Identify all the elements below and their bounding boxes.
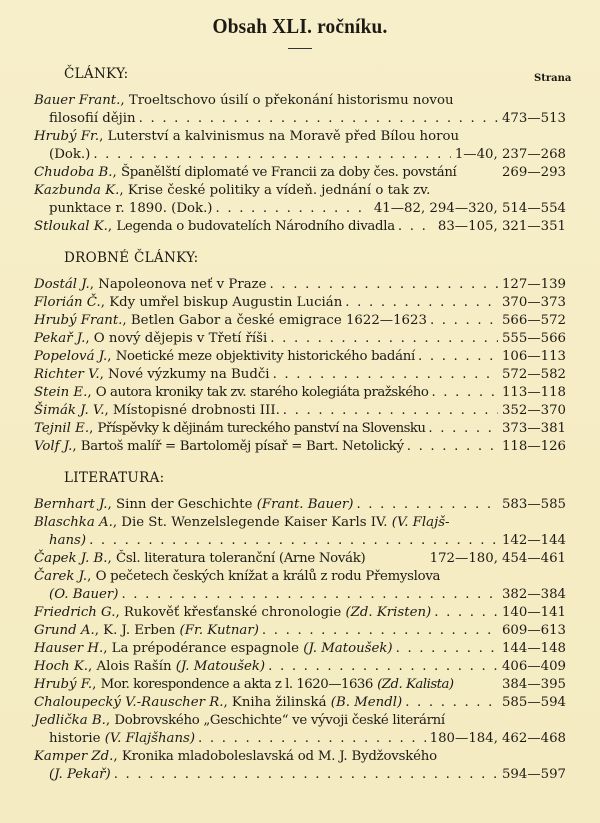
toc-entry: Blaschka A., Die St. Wenzelslegende Kais… (34, 514, 566, 550)
leader-dots (111, 766, 498, 784)
title-divider (288, 48, 312, 49)
entry-author: Hrubý F. (34, 676, 92, 694)
entry-title: O pečetech českých knížat a králů z rodu… (96, 568, 441, 586)
entry-pages: 585—594 (498, 694, 566, 712)
entry-reviewer: (V. Flajšhans) (105, 730, 195, 748)
entry-title: O nový dějepis v Třetí říši (94, 330, 267, 348)
entry-pages: 113—118 (498, 384, 566, 402)
entry-title: K. J. Erben (103, 622, 175, 640)
leader-dots (353, 496, 498, 514)
entry-author: Tejnil E. (34, 420, 89, 438)
entry-title: Betlen Gabor a české emigrace 1622—1623 (131, 312, 427, 330)
entry-reviewer: (Fr. Kutnar) (180, 622, 259, 640)
entry-reviewer: (J. Pekař) (49, 766, 111, 784)
toc-entry: Dostál J., Napoleonova neť v Praze127—13… (34, 276, 566, 294)
entry-title: Krise české politiky a vídeň. jednání o … (128, 182, 430, 200)
entry-author: Stloukal K. (34, 218, 108, 236)
entry-reviewer: (Frant. Bauer) (257, 496, 354, 514)
entry-pages: 555—566 (498, 330, 566, 348)
entry-title: O autora kroniky tak zv. starého kolegiá… (96, 384, 429, 402)
entry-author: Florián Č. (34, 294, 101, 312)
toc-entry: Hauser H., La prépodérance espagnole (J.… (34, 640, 566, 658)
leader-dots (404, 438, 498, 456)
entry-pages: 382—384 (498, 586, 566, 604)
entry-pages: 83—105, 321—351 (434, 218, 566, 236)
entry-author: Hauser H. (34, 640, 103, 658)
toc-entry: Stloukal K., Legenda o budovatelích Náro… (34, 218, 566, 236)
entry-pages: 594—597 (498, 766, 566, 784)
toc-entry: Bauer Frant., Troeltschovo úsilí o překo… (34, 92, 566, 128)
leader-dots (415, 348, 498, 366)
entry-title: Luterství a kalvinismus na Moravě před B… (108, 128, 459, 146)
entry-title: Sinn der Geschichte (116, 496, 252, 514)
leader-dots (212, 200, 369, 218)
leader-dots (427, 312, 498, 330)
toc-entry: Grund A., K. J. Erben (Fr. Kutnar)609—61… (34, 622, 566, 640)
leader-dots (267, 330, 498, 348)
toc-entry: Hrubý Frant., Betlen Gabor a české emigr… (34, 312, 566, 330)
entry-author: Richter V. (34, 366, 100, 384)
toc-entry: Richter V., Nové výzkumy na Budči572—582 (34, 366, 566, 384)
entry-title: Rukověť křesťanské chronologie (124, 604, 341, 622)
toc-entry: Bernhart J., Sinn der Geschichte (Frant.… (34, 496, 566, 514)
entry-title: Alois Rašín (96, 658, 171, 676)
entry-pages: 609—613 (498, 622, 566, 640)
entry-author: Blaschka A. (34, 514, 113, 532)
entry-reviewer: (Zd. Kristen) (345, 604, 431, 622)
toc-entry: Chaloupecký V.-Rauscher R., Kniha žilins… (34, 694, 566, 712)
entry-author: Šimák J. V. (34, 402, 104, 420)
leader-dots (118, 586, 497, 604)
entry-pages: 462—468 (498, 730, 566, 748)
entry-reviewer: (Zd. Kalista) (377, 676, 454, 694)
entry-title: Troeltschovo úsilí o překonání historism… (129, 92, 454, 110)
entry-author: Grund A. (34, 622, 95, 640)
toc-entry: Tejnil E., Příspěvky k dějinám tureckého… (34, 420, 566, 438)
entry-author: Popelová J. (34, 348, 107, 366)
entry-title-cont: filosofií dějin (49, 110, 136, 128)
entry-pages: 41—82, 294—320, 514—554 (370, 200, 566, 218)
leader-dots (393, 640, 498, 658)
entry-title: Kdy umřel biskup Augustin Lucián (109, 294, 342, 312)
entry-title: Nové výzkumy na Budči (108, 366, 270, 384)
entry-title: Španělští diplomaté ve Francii za doby č… (121, 164, 457, 182)
entry-pages: 1—40, 237—268 (451, 146, 566, 164)
toc-entry: Volf J., Bartoš malíř = Bartoloměj písař… (34, 438, 566, 456)
section-heading-clanky: ČLÁNKY: (64, 66, 128, 82)
section-heading-drobne-clanky: DROBNÉ ČLÁNKY: (64, 250, 199, 266)
entry-pages: 144—148 (498, 640, 566, 658)
entry-title-cont: (Dok.) (49, 146, 90, 164)
entry-pages: 406—409 (498, 658, 566, 676)
entry-author: Bernhart J. (34, 496, 108, 514)
entry-title: Čsl. literatura toleranční (Arne Novák) (116, 550, 365, 568)
entry-pages: 572—582 (498, 366, 566, 384)
entry-title: Bartoš malíř = Bartoloměj písař = Bart. … (81, 438, 404, 456)
entry-pages: 180—184, (426, 730, 498, 748)
leader-dots (270, 366, 498, 384)
entry-pages: 454—461 (498, 550, 566, 568)
leader-dots (259, 622, 498, 640)
leader-dots (280, 402, 498, 420)
leader-dots (136, 110, 498, 128)
leader-dots (195, 730, 426, 748)
entry-title: Legenda o budovatelích Národního divadla (116, 218, 394, 236)
toc-entry: Jedlička B., Dobrovského „Geschichte“ ve… (34, 712, 566, 748)
toc-entry: Popelová J., Noetické meze objektivity h… (34, 348, 566, 366)
leader-dots (265, 658, 498, 676)
section-heading-literatura: LITERATURA: (64, 470, 164, 486)
entry-title-cont: punktace r. 1890. (Dok.) (49, 200, 212, 218)
entry-author: Čapek J. B. (34, 550, 108, 568)
entry-author: Hrubý Fr. (34, 128, 99, 146)
toc-entry: Florián Č., Kdy umřel biskup Augustin Lu… (34, 294, 566, 312)
entry-author: Kamper Zd. (34, 748, 113, 766)
entry-pages: 583—585 (498, 496, 566, 514)
entry-pages: 373—381 (498, 420, 566, 438)
entry-author: Stein E. (34, 384, 87, 402)
page-column-label: Strana (534, 73, 571, 84)
entry-author: Pekař J. (34, 330, 85, 348)
entry-title-cont: historie (49, 730, 100, 748)
toc-entry: Čapek J. B., Čsl. literatura toleranční … (34, 550, 566, 568)
entry-reviewer: (V. Flajš- (392, 514, 450, 532)
entry-title: Napoleonova neť v Praze (98, 276, 266, 294)
entry-pages: 384—395 (498, 676, 566, 694)
entry-pages: 118—126 (498, 438, 566, 456)
toc-entry: Friedrich G., Rukověť křesťanské chronol… (34, 604, 566, 622)
page-title: Obsah XLI. ročníku. (24, 14, 576, 39)
entry-pages: 269—293 (498, 164, 566, 182)
entry-author: Chaloupecký V.-Rauscher R. (34, 694, 223, 712)
entry-author: Chudoba B. (34, 164, 112, 182)
entry-pages: 172—180, (426, 550, 498, 568)
entry-author: Jedlička B. (34, 712, 106, 730)
entry-author: Hrubý Frant. (34, 312, 122, 330)
entry-author: Bauer Frant. (34, 92, 120, 110)
entry-author: Čarek J. (34, 568, 87, 586)
entry-title: Místopisné drobnosti III. (113, 402, 280, 420)
entry-pages: 106—113 (498, 348, 566, 366)
toc-entry: Chudoba B., Španělští diplomaté ve Franc… (34, 164, 566, 182)
toc-entry: Šimák J. V., Místopisné drobnosti III.35… (34, 402, 566, 420)
entry-pages: 473—513 (498, 110, 566, 128)
toc-entry: Kazbunda K., Krise české politiky a víde… (34, 182, 566, 218)
leader-dots (342, 294, 498, 312)
entry-author: Dostál J. (34, 276, 90, 294)
entry-reviewer: (J. Matoušek) (176, 658, 265, 676)
entry-pages: 140—141 (498, 604, 566, 622)
leader-dots (402, 694, 498, 712)
toc-entry: Čarek J., O pečetech českých knížat a kr… (34, 568, 566, 604)
entry-author: Hoch K. (34, 658, 88, 676)
entry-reviewer: (B. Mendl) (331, 694, 402, 712)
leader-dots (425, 420, 498, 438)
entry-pages: 566—572 (498, 312, 566, 330)
leader-dots (86, 532, 498, 550)
leader-dots (395, 218, 434, 236)
entry-author: Kazbunda K. (34, 182, 119, 200)
entry-reviewer: (O. Bauer) (49, 586, 118, 604)
entry-title: La prépodérance espagnole (112, 640, 299, 658)
leader-dots (428, 384, 497, 402)
toc-entry: Kamper Zd., Kronika mladoboleslavská od … (34, 748, 566, 784)
entry-author: Volf J. (34, 438, 72, 456)
document-page: Obsah XLI. ročníku. ČLÁNKY: Strana Bauer… (0, 0, 600, 823)
entry-pages: 370—373 (498, 294, 566, 312)
toc-entry: Hoch K., Alois Rašín (J. Matoušek)406—40… (34, 658, 566, 676)
entry-title: Kronika mladoboleslavská od M. J. Bydžov… (122, 748, 437, 766)
entry-pages: 127—139 (498, 276, 566, 294)
entry-title: Kniha žilinská (232, 694, 327, 712)
entry-title: Noetické meze objektivity historického b… (116, 348, 415, 366)
leader-dots (267, 276, 498, 294)
leader-dots (90, 146, 450, 164)
entry-pages: 352—370 (498, 402, 566, 420)
toc-entry: Stein E., O autora kroniky tak zv. staré… (34, 384, 566, 402)
leader-dots (431, 604, 498, 622)
entry-title: Příspěvky k dějinám tureckého panství na… (98, 420, 426, 438)
entry-author: Friedrich G. (34, 604, 115, 622)
entry-pages: 142—144 (498, 532, 566, 550)
entry-reviewer-cont: hans) (49, 532, 86, 550)
entry-reviewer: (J. Matoušek) (303, 640, 392, 658)
toc-entry: Hrubý F., Mor. korespondence a akta z l.… (34, 676, 566, 694)
toc-entry: Pekař J., O nový dějepis v Třetí říši555… (34, 330, 566, 348)
entry-title: Dobrovského „Geschichte“ ve vývoji české… (114, 712, 445, 730)
entry-title: Die St. Wenzelslegende Kaiser Karls IV. (121, 514, 387, 532)
entry-title: Mor. korespondence a akta z l. 1620—1636 (101, 676, 373, 694)
toc-entry: Hrubý Fr., Luterství a kalvinismus na Mo… (34, 128, 566, 164)
